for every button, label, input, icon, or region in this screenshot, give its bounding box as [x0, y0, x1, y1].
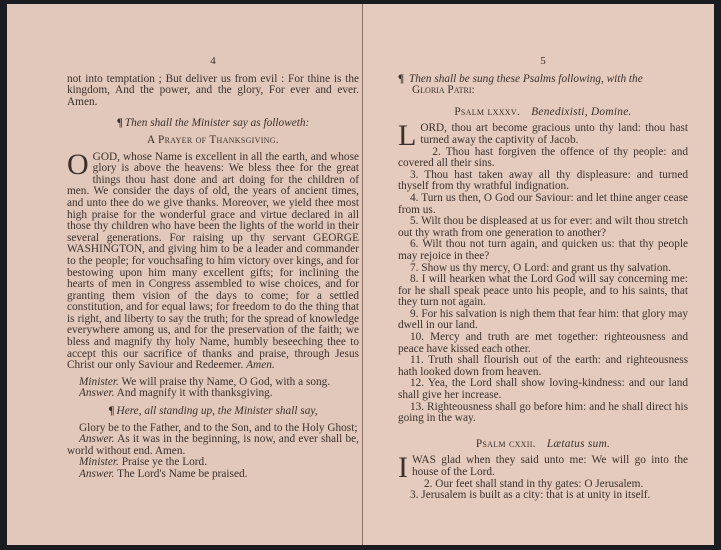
drop-cap: I	[398, 456, 408, 480]
psalm-heading: Psalm lxxxv. Benedixisti, Domine.	[398, 107, 688, 119]
rubric-text: Then shall the Minister say as followeth…	[125, 117, 310, 129]
psalm-verse: 9. For his salvation is nigh them that f…	[398, 309, 688, 332]
psalm-verse: 13. Righteousness shall go before him: a…	[398, 402, 688, 425]
page-number: 4	[67, 56, 359, 68]
psalm-verse: LORD, thou art become gracious unto thy …	[398, 123, 688, 146]
gloria-patri-label: Gloria Patri:	[412, 84, 475, 96]
psalm-verse: 11. Truth shall flourish out of the eart…	[398, 355, 688, 378]
versicle-text: And magnify it with thanksgiving.	[117, 387, 273, 399]
prayer-text: GOD, whose Name is excellent in all the …	[67, 151, 359, 372]
psalm-verse: 8. I will hearken what the Lord God will…	[398, 274, 688, 309]
left-page-content: 4 not into temptation ; But deliver us f…	[67, 56, 359, 481]
psalm-verse: IWAS glad when they said unto me: We wil…	[398, 455, 688, 478]
versicle: Answer. As it was in the beginning, is n…	[67, 434, 359, 457]
psalm-verse: 12. Yea, the Lord shall show loving-kind…	[398, 378, 688, 401]
psalm-verse: 10. Mercy and truth are met together: ri…	[398, 332, 688, 355]
rubric-text: Here, all standing up, the Minister shal…	[117, 405, 318, 417]
psalm-latin-title: Benedixisti, Domine.	[531, 106, 631, 118]
psalm-heading: Psalm cxxii. Lætatus sum.	[398, 439, 688, 451]
psalm-verse: 3. Thou hast taken away all thy displeas…	[398, 170, 688, 193]
drop-cap: L	[398, 124, 416, 148]
versicle-role: Minister.	[79, 376, 119, 388]
right-page-content: 5 ¶ Then shall be sung these Psalms foll…	[398, 56, 688, 502]
right-page: 5 ¶ Then shall be sung these Psalms foll…	[363, 4, 714, 545]
versicle-role: Minister.	[79, 456, 119, 468]
psalm-verse: 5. Wilt thou be displeased at us for eve…	[398, 216, 688, 239]
rubric: ¶Here, all standing up, the Minister sha…	[67, 406, 359, 418]
versicle-role: Answer.	[79, 468, 114, 480]
versicle-role: Answer.	[79, 433, 114, 445]
psalm-verse: 2. Thou hast forgiven the offence of thy…	[398, 147, 688, 170]
versicle-role: Answer.	[79, 387, 114, 399]
rubric: ¶Then shall the Minister say as followet…	[67, 118, 359, 130]
prayer-title: A Prayer of Thanksgiving.	[67, 135, 359, 147]
versicle: Answer. And magnify it with thanksgiving…	[67, 388, 359, 400]
rubric-text: Then shall be sung these Psalms followin…	[409, 73, 643, 85]
lords-prayer-ending: not into temptation ; But deliver us fro…	[67, 74, 359, 109]
versicle-text: The Lord's Name be praised.	[117, 468, 247, 480]
rubric: ¶ Then shall be sung these Psalms follow…	[398, 74, 688, 97]
versicle: Answer. The Lord's Name be praised.	[67, 469, 359, 481]
prayer-of-thanksgiving: OGOD, whose Name is excellent in all the…	[67, 152, 359, 372]
pilcrow-icon: ¶	[117, 117, 123, 129]
psalm-number: Psalm lxxxv.	[454, 106, 520, 118]
psalm-number: Psalm cxxii.	[476, 438, 536, 450]
pilcrow-icon: ¶	[398, 73, 404, 85]
psalm-verse: 3. Jerusalem is built as a city: that is…	[398, 490, 688, 502]
versicle-text: Praise ye the Lord.	[122, 456, 207, 468]
left-page: 4 not into temptation ; But deliver us f…	[7, 4, 363, 545]
amen: Amen.	[246, 359, 275, 371]
versicle-text: We will praise thy Name, O God, with a s…	[121, 376, 330, 388]
psalm-verse: 6. Wilt thou not turn again, and quicken…	[398, 239, 688, 262]
drop-cap: O	[67, 153, 89, 177]
book-spread: 4 not into temptation ; But deliver us f…	[7, 4, 714, 545]
verse-text: ORD, thou art become gracious unto thy l…	[420, 122, 688, 146]
verse-text: WAS glad when they said unto me: We will…	[412, 454, 688, 478]
pilcrow-icon: ¶	[108, 405, 114, 417]
psalm-latin-title: Lætatus sum.	[547, 438, 610, 450]
page-number: 5	[398, 56, 688, 68]
psalm-verse: 4. Turn us then, O God our Saviour: and …	[398, 193, 688, 216]
